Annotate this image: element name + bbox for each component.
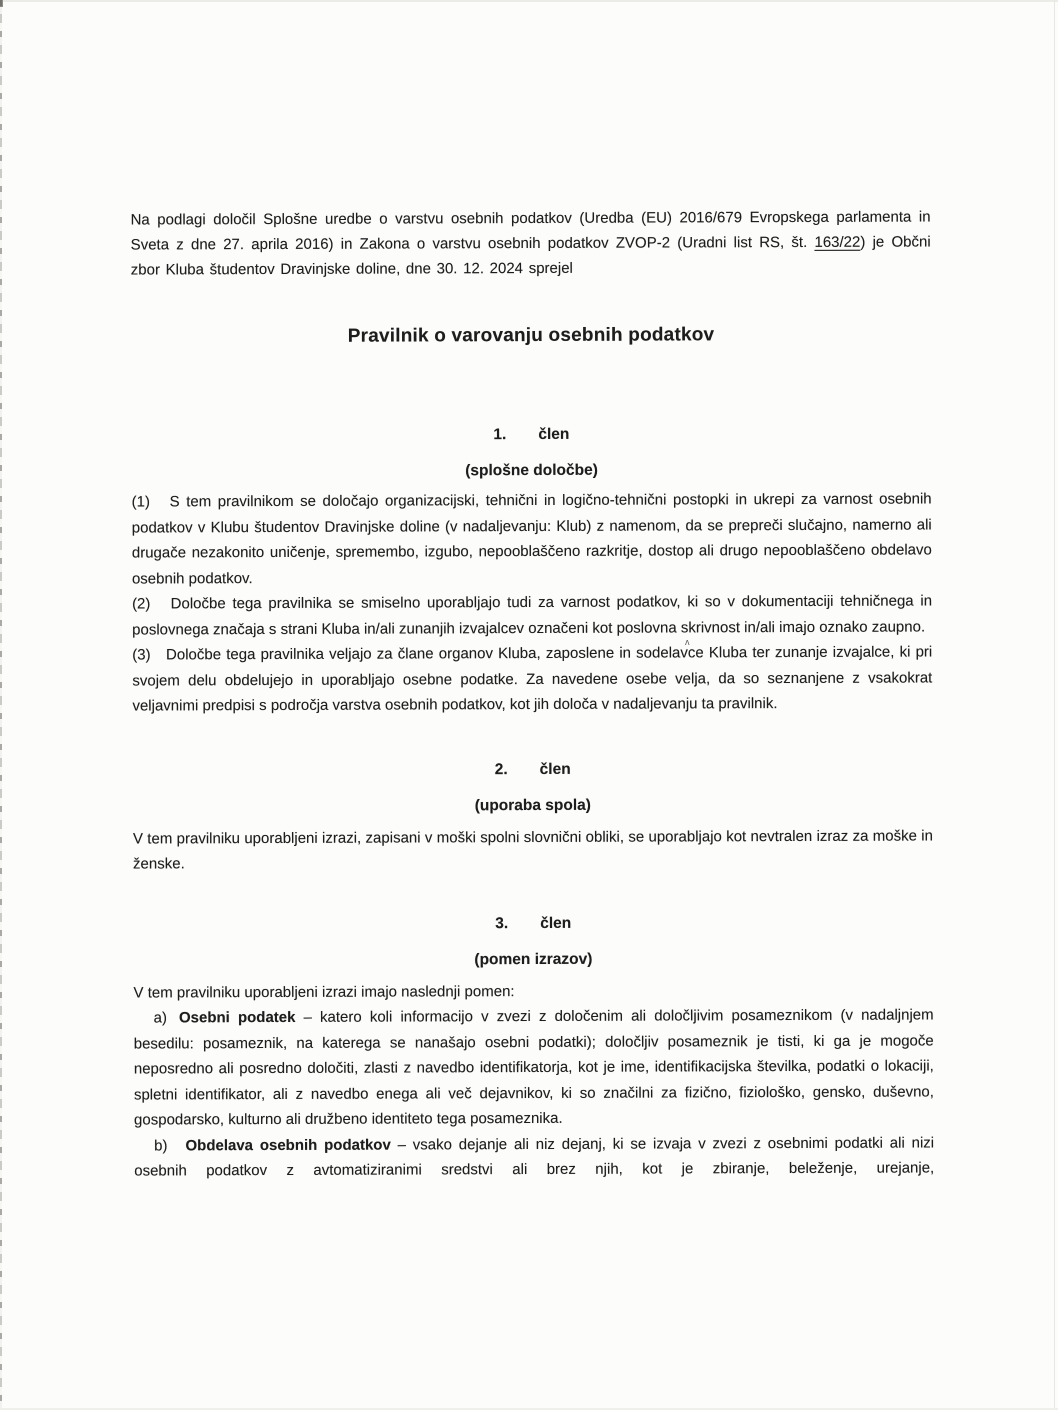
article-2-subtitle: (uporaba spola): [133, 793, 933, 818]
article-1-subtitle: (splošne določbe): [131, 458, 931, 483]
gazette-number: 163/22: [814, 234, 860, 251]
scan-edge-right: [1054, 0, 1055, 1410]
article-2-label: člen: [540, 758, 571, 780]
scan-artifact-mark: ʌ: [685, 637, 690, 647]
definition-b-term: Obdelava osebnih podatkov: [185, 1136, 390, 1154]
document-content: Na podlagi določil Splošne uredbe o vars…: [130, 0, 935, 1184]
article-3-subtitle: (pomen izrazov): [133, 947, 933, 972]
article-3-lead: V tem pravilniku uporabljeni izrazi imaj…: [133, 977, 933, 1006]
article-3: 3.člen (pomen izrazov) V tem pravilniku …: [133, 911, 934, 1184]
scanned-document-page: Na podlagi določil Splošne uredbe o vars…: [0, 0, 1058, 1410]
intro-text-before: Na podlagi določil Splošne uredbe o vars…: [131, 208, 931, 253]
article-1-heading: 1.člen: [131, 422, 931, 447]
article-3-label: člen: [540, 912, 571, 934]
definition-a-term: Osebni podatek: [179, 1009, 296, 1026]
article-2-number: 2.: [495, 759, 508, 781]
document-title: Pravilnik o varovanju osebnih podatkov: [131, 322, 931, 349]
article-1-paragraph-1: (1) S tem pravilnikom se določajo organi…: [132, 486, 932, 591]
article-1-body: (1) S tem pravilnikom se določajo organi…: [132, 486, 933, 719]
article-1: 1.člen (splošne določbe) (1) S tem pravi…: [131, 422, 932, 719]
definition-b-marker: b): [154, 1137, 185, 1154]
article-2: 2.člen (uporaba spola) V tem pravilniku …: [133, 757, 933, 877]
definition-b: b)Obdelava osebnih podatkov – vsako deja…: [134, 1130, 934, 1184]
article-1-paragraph-2: (2) Določbe tega pravilnika se smiselno …: [132, 588, 932, 642]
article-3-number: 3.: [495, 913, 508, 935]
definition-a-marker: a): [154, 1009, 179, 1026]
definition-a: a)Osebni podatek – katero koli informaci…: [134, 1002, 934, 1133]
scan-edge-left: [0, 0, 2, 1410]
article-1-number: 1.: [493, 424, 506, 446]
intro-paragraph: Na podlagi določil Splošne uredbe o vars…: [131, 204, 931, 282]
article-2-heading: 2.člen: [133, 757, 933, 782]
article-2-paragraph: V tem pravilniku uporabljeni izrazi, zap…: [133, 823, 933, 877]
article-1-paragraph-3: (3) Določbe tega pravilnika veljajo za č…: [132, 639, 932, 719]
article-1-label: člen: [538, 424, 569, 446]
article-3-heading: 3.člen: [133, 911, 933, 936]
